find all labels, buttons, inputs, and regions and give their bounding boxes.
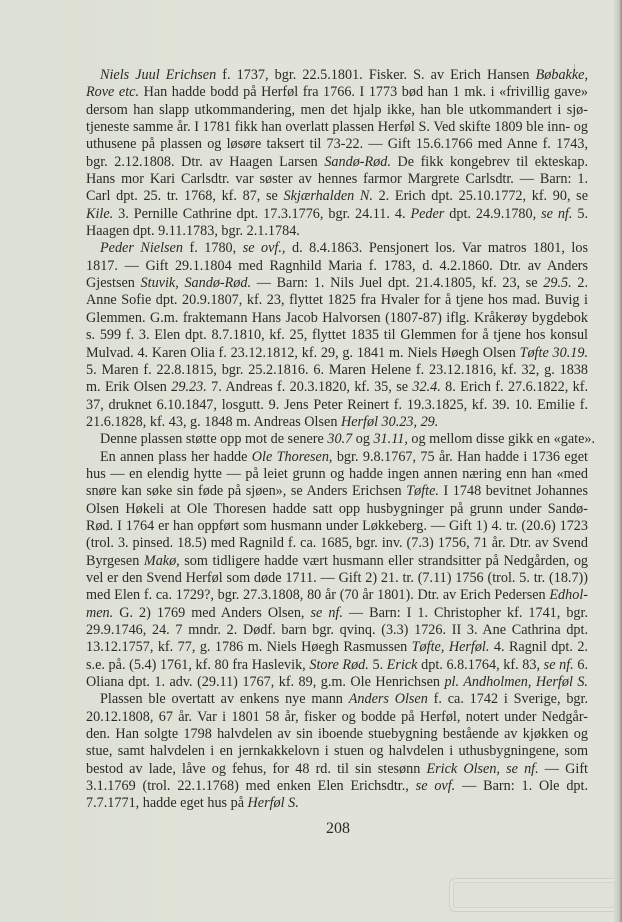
text-run: Carl dpt. 25. tr. 1768, kf. 87, se xyxy=(86,188,284,204)
text-run: 8. Erich f. 27.6.1822, kf. xyxy=(441,379,588,395)
text-line: Peder Nielsen f. 1780, se ovf., d. 8.4.1… xyxy=(86,240,588,257)
text-line: Byrgesen Makø, som tidligere hadde vært … xyxy=(86,553,588,570)
italic-reference: se nf. xyxy=(541,206,572,222)
text-run: — Barn: I 1. Christopher kf. 1741, bgr. xyxy=(343,605,588,621)
text-run: De fikk kongebrev til ekteskap. xyxy=(391,154,588,170)
text-run: G. 2) 1769 med Anders Olsen, xyxy=(113,605,310,621)
text-line: s.e. på. (5.4) 1761, kf. 80 fra Haslevik… xyxy=(86,657,588,674)
text-line: s. 599 f. 3. Elen dpt. 8.7.1810, kf. 25,… xyxy=(86,327,588,344)
text-run: Mulvad. 4. Karen Olia f. 23.12.1812, kf.… xyxy=(86,345,520,361)
text-run: 2. xyxy=(572,275,588,291)
text-run: — Gift xyxy=(539,761,588,777)
book-page: Niels Juul Erichsen f. 1737, bgr. 22.5.1… xyxy=(0,0,622,922)
italic-reference: pl. Andholmen, Herføl S. xyxy=(444,674,588,690)
text-run: Han hadde bodd på Herføl fra 1766. I 177… xyxy=(139,84,588,100)
text-line: Rød. I 1764 er han oppført som husmann u… xyxy=(86,518,588,535)
text-run: uthusene på plassen og løsøre taksert ti… xyxy=(86,136,588,152)
italic-reference: 32.4. xyxy=(412,379,440,395)
italic-reference: Rove etc. xyxy=(86,84,139,100)
italic-reference: Stuvik, Sandø-Rød. xyxy=(141,275,252,291)
italic-reference: se ovf., xyxy=(243,240,286,256)
text-line: Hans mor Kari Carlsdtr. var søster av he… xyxy=(86,171,588,188)
text-run: dersom han slapp utkommandering, men det… xyxy=(86,102,588,118)
text-line: En annen plass her hadde Ole Thoresen, b… xyxy=(86,449,588,466)
text-run: 6. xyxy=(574,657,588,673)
italic-reference: men. xyxy=(86,605,113,621)
text-run: 37, druknet 6.10.1847, losgutt. 9. Jens … xyxy=(86,397,588,413)
text-run: Byrgesen xyxy=(86,553,144,569)
text-run: dpt. 6.8.1764, kf. 83, xyxy=(417,657,543,673)
italic-reference: Ole Thoresen, xyxy=(252,449,333,465)
text-run: med Elen f. ca. 1729?, bgr. 27.3.1808, 8… xyxy=(86,587,549,603)
italic-reference: Tøfte. xyxy=(406,483,439,499)
text-run: f. 1737, bgr. 22.5.1801. Fisker. S. av E… xyxy=(216,67,535,83)
italic-reference: Erick xyxy=(387,657,418,673)
text-run: Rød. I 1764 er han oppført som husmann u… xyxy=(86,518,588,534)
text-run: Plassen ble overtatt av enkens nye mann xyxy=(100,691,349,707)
text-run: En annen plass her hadde xyxy=(100,449,252,465)
text-run: Anne Sofie dpt. 20.9.1807, kf. 23, flytt… xyxy=(86,292,588,308)
text-run: Oliana dpt. 1. adv. (29.11) 1767, kf. 89… xyxy=(86,674,444,690)
italic-reference: Herføl 30.23, 29. xyxy=(341,414,438,430)
text-line: dersom han slapp utkommandering, men det… xyxy=(86,102,588,119)
text-line: 20.12.1808, 67 år. Var i 1801 58 år, fis… xyxy=(86,709,588,726)
text-line: bgr. 2.12.1808. Dtr. av Haagen Larsen Sa… xyxy=(86,154,588,171)
text-line: snøre kan søke sin føde på sjøen», se An… xyxy=(86,483,588,500)
italic-reference: Herføl S. xyxy=(248,795,299,811)
italic-reference: Skjærhalden N. xyxy=(284,188,373,204)
text-line: m. Erik Olsen 29.23. 7. Andreas f. 20.3.… xyxy=(86,379,588,396)
italic-reference: Peder Nielsen xyxy=(100,240,183,256)
text-run: — Barn: 1. Ole dpt. xyxy=(455,778,588,794)
text-line: 7.7.1771, hadde eget hus på Herføl S. xyxy=(86,795,588,812)
italic-reference: Anders Olsen xyxy=(349,691,428,707)
text-run: 13.12.1757, kf. 77, g. 1786 m. Niels Høe… xyxy=(86,639,412,655)
text-run: f. 1780, xyxy=(183,240,243,256)
text-run: Glemmen. G.m. fraktemann Hans Jacob Halv… xyxy=(86,310,588,326)
text-run: den. Han solgte 1798 halvdelen av sin ib… xyxy=(86,726,588,742)
italic-reference: Makø, xyxy=(144,553,180,569)
text-run: Hans mor Kari Carlsdtr. var søster av he… xyxy=(86,171,588,187)
text-run: 3.1.1769 (trol. 22.1.1768) med enken Ele… xyxy=(86,778,416,794)
text-line: 37, druknet 6.10.1847, losgutt. 9. Jens … xyxy=(86,397,588,414)
text-line: Mulvad. 4. Karen Olia f. 23.12.1812, kf.… xyxy=(86,345,588,362)
text-line: stue, samt halvdelen i en jernkakkelovn … xyxy=(86,743,588,760)
text-run: d. 8.4.1863. Pensjonert los. Var matros … xyxy=(285,240,588,256)
text-run: Gjestsen xyxy=(86,275,141,291)
italic-reference: Erick Olsen, se nf. xyxy=(426,761,538,777)
text-run: og xyxy=(352,431,373,447)
text-run: s. 599 f. 3. Elen dpt. 8.7.1810, kf. 25,… xyxy=(86,327,588,343)
text-line: 29.9.1746, 24. 7 mndr. 2. Dødf. barn bgr… xyxy=(86,622,588,639)
text-line: Anne Sofie dpt. 20.9.1807, kf. 23, flytt… xyxy=(86,292,588,309)
text-line: 1817. — Gift 29.1.1804 med Ragnhild Mari… xyxy=(86,258,588,275)
text-run: 7. Andreas f. 20.3.1820, kf. 35, se xyxy=(207,379,413,395)
italic-reference: 29.5. xyxy=(543,275,571,291)
text-line: Glemmen. G.m. fraktemann Hans Jacob Halv… xyxy=(86,310,588,327)
text-line: Kile. 3. Pernille Cathrine dpt. 17.3.177… xyxy=(86,206,588,223)
text-line: vel er den Svend Herføl som døde 1711. —… xyxy=(86,570,588,587)
text-line: Carl dpt. 25. tr. 1768, kf. 87, se Skjær… xyxy=(86,188,588,205)
text-run: I 1748 bevitnet Johannes xyxy=(439,483,588,499)
italic-reference: Peder xyxy=(410,206,444,222)
text-line: Rove etc. Han hadde bodd på Herføl fra 1… xyxy=(86,84,588,101)
text-line: (trol. 3. pinsed. 18.5) med Ragnild f. c… xyxy=(86,535,588,552)
text-run: 2. Erich dpt. 25.10.1772, kf. 90, se xyxy=(373,188,588,204)
text-run: 21.6.1828, kf. 43, g. 1848 m. Andreas Ol… xyxy=(86,414,341,430)
body-text: Niels Juul Erichsen f. 1737, bgr. 22.5.1… xyxy=(86,67,588,813)
text-run: f. ca. 1742 i Sverige, bgr. xyxy=(428,691,588,707)
text-run: bestod av lade, låve og fehus, for 48 rd… xyxy=(86,761,426,777)
text-run: — Barn: 1. Nils Juel dpt. 21.4.1805, kf.… xyxy=(251,275,543,291)
text-run: m. Erik Olsen xyxy=(86,379,171,395)
text-run: 3. Pernille Cathrine dpt. 17.3.1776, bgr… xyxy=(113,206,410,222)
text-run: bgr. 2.12.1808. Dtr. av Haagen Larsen xyxy=(86,154,324,170)
italic-reference: Tøfte, Herføl. xyxy=(412,639,490,655)
italic-reference: Edhol- xyxy=(549,587,588,603)
italic-reference: se nf. xyxy=(311,605,343,621)
text-run: Haagen dpt. 9.11.1783, bgr. 2.1.1784. xyxy=(86,223,300,239)
text-run: 7.7.1771, hadde eget hus på xyxy=(86,795,248,811)
text-run: dpt. 24.9.1780, xyxy=(444,206,541,222)
text-run: (trol. 3. pinsed. 18.5) med Ragnild f. c… xyxy=(86,535,588,551)
text-run: og mellom disse gikk en «gate». xyxy=(408,431,595,447)
text-line: Niels Juul Erichsen f. 1737, bgr. 22.5.1… xyxy=(86,67,588,84)
text-line: 13.12.1757, kf. 77, g. 1786 m. Niels Høe… xyxy=(86,639,588,656)
italic-reference: Bøbakke, xyxy=(536,67,588,83)
text-line: 3.1.1769 (trol. 22.1.1768) med enken Ele… xyxy=(86,778,588,795)
italic-reference: Tøfte 30.19. xyxy=(520,345,588,361)
text-line: med Elen f. ca. 1729?, bgr. 27.3.1808, 8… xyxy=(86,587,588,604)
text-run: som tidligere hadde vært husmann eller s… xyxy=(180,553,588,569)
text-run: 5. xyxy=(369,657,387,673)
text-run: vel er den Svend Herføl som døde 1711. —… xyxy=(86,570,588,586)
text-run: Denne plassen støtte opp mot de senere xyxy=(100,431,327,447)
text-line: 5. Maren f. 22.8.1815, bgr. 25.2.1816. 6… xyxy=(86,362,588,379)
text-run: 4. Ragnil dpt. 2. xyxy=(489,639,588,655)
text-line: bestod av lade, låve og fehus, for 48 rd… xyxy=(86,761,588,778)
italic-reference: se nf. xyxy=(544,657,574,673)
text-run: hus — en elendig hytte — på leiet grunn … xyxy=(86,466,588,482)
italic-reference: Niels Juul Erichsen xyxy=(100,67,216,83)
text-line: Haagen dpt. 9.11.1783, bgr. 2.1.1784. xyxy=(86,223,588,240)
text-run: 5. xyxy=(572,206,588,222)
text-run: stue, samt halvdelen i en jernkakkelovn … xyxy=(86,743,588,759)
text-run: 29.9.1746, 24. 7 mndr. 2. Dødf. barn bgr… xyxy=(86,622,588,638)
italic-reference: Store Rød. xyxy=(309,657,368,673)
text-line: uthusene på plassen og løsøre taksert ti… xyxy=(86,136,588,153)
text-run: snøre kan søke sin føde på sjøen», se An… xyxy=(86,483,406,499)
text-line: hus — en elendig hytte — på leiet grunn … xyxy=(86,466,588,483)
text-run: Olsen Høkeli at Ole Thoresen hadde satt … xyxy=(86,501,588,517)
italic-reference: se ovf. xyxy=(416,778,456,794)
text-line: Gjestsen Stuvik, Sandø-Rød. — Barn: 1. N… xyxy=(86,275,588,292)
text-run: bgr. 9.8.1767, 75 år. Han hadde i 1736 e… xyxy=(332,449,588,465)
page-edge xyxy=(614,0,622,922)
text-line: Plassen ble overtatt av enkens nye mann … xyxy=(86,691,588,708)
text-line: 21.6.1828, kf. 43, g. 1848 m. Andreas Ol… xyxy=(86,414,588,431)
text-line: Oliana dpt. 1. adv. (29.11) 1767, kf. 89… xyxy=(86,674,588,691)
page-number: 208 xyxy=(0,820,622,838)
text-run: 5. Maren f. 22.8.1815, bgr. 25.2.1816. 6… xyxy=(86,362,588,378)
italic-reference: Sandø-Rød. xyxy=(324,154,391,170)
italic-reference: 30.7 xyxy=(327,431,352,447)
italic-reference: Kile. xyxy=(86,206,113,222)
text-line: Olsen Høkeli at Ole Thoresen hadde satt … xyxy=(86,501,588,518)
text-line: Denne plassen støtte opp mot de senere 3… xyxy=(86,431,588,448)
text-run: s.e. på. (5.4) 1761, kf. 80 fra Haslevik… xyxy=(86,657,309,673)
text-run: tjeneste samme år. I 1781 fikk han overl… xyxy=(86,119,588,135)
text-run: 1817. — Gift 29.1.1804 med Ragnhild Mari… xyxy=(86,258,588,274)
italic-reference: 29.23. xyxy=(171,379,206,395)
text-run: 20.12.1808, 67 år. Var i 1801 58 år, fis… xyxy=(86,709,588,725)
scan-artifact-box xyxy=(449,878,621,912)
text-line: men. G. 2) 1769 med Anders Olsen, se nf.… xyxy=(86,605,588,622)
italic-reference: 31.11, xyxy=(373,431,407,447)
text-line: tjeneste samme år. I 1781 fikk han overl… xyxy=(86,119,588,136)
text-line: den. Han solgte 1798 halvdelen av sin ib… xyxy=(86,726,588,743)
